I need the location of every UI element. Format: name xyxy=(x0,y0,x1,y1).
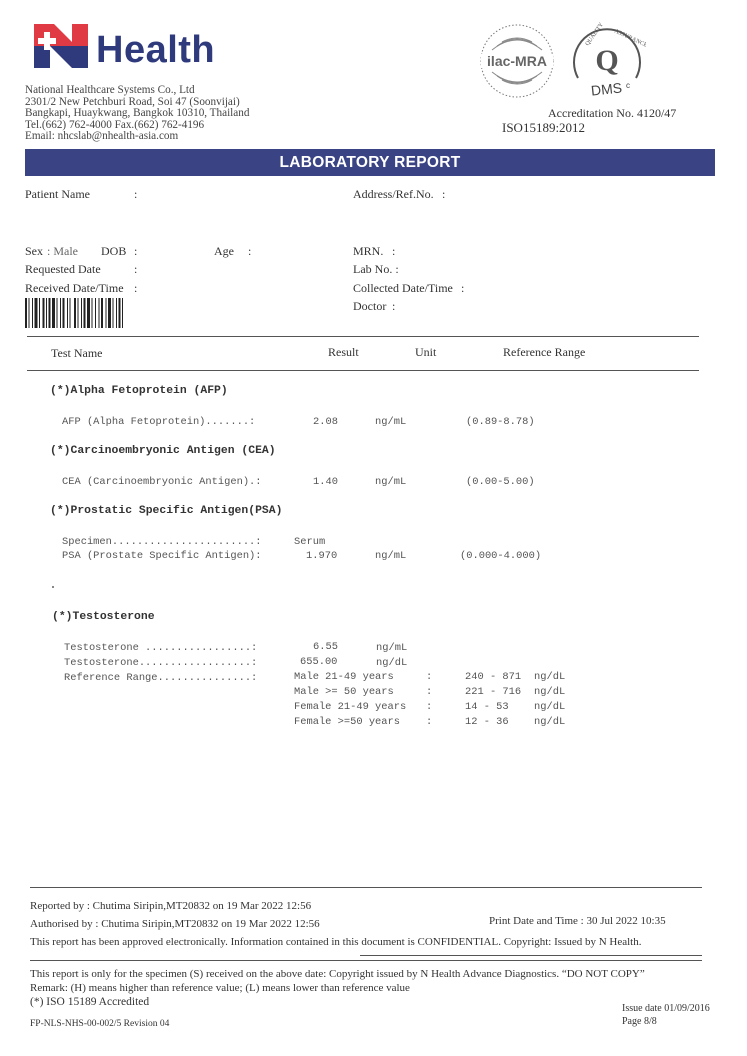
patient-name-label: Patient Name xyxy=(25,187,90,202)
reference-separator: : xyxy=(426,686,432,698)
dob-label: DOB xyxy=(101,244,126,259)
authorised-by: Authorised by : Chutima Siripin,MT20832 … xyxy=(30,918,320,930)
psa-range: (0.000-4.000) xyxy=(460,550,541,562)
dob-colon: : xyxy=(134,244,137,259)
iso-accredited-note: (*) ISO 15189 Accredited xyxy=(30,996,149,1008)
svg-text:ilac-MRA: ilac-MRA xyxy=(487,53,547,69)
reference-group: Male >= 50 years xyxy=(294,686,394,698)
reported-by: Reported by : Chutima Siripin,MT20832 on… xyxy=(30,900,311,912)
testosterone-ngdl-unit: ng/dL xyxy=(376,657,407,669)
requested-date-colon: : xyxy=(134,262,137,277)
cea-result: 1.40 xyxy=(313,476,338,488)
col-header-result: Result xyxy=(328,345,359,360)
mrn-colon: : xyxy=(392,244,395,259)
testosterone-ngml-unit: ng/mL xyxy=(376,642,407,654)
afp-range: (0.89-8.78) xyxy=(466,416,535,428)
sex-label: Sex xyxy=(25,244,43,259)
doctor-label: Doctor xyxy=(353,299,386,314)
section-title-psa: (*)Prostatic Specific Antigen(PSA) xyxy=(50,505,282,517)
specimen-note: This report is only for the specimen (S)… xyxy=(30,968,645,980)
reference-group: Male 21-49 years xyxy=(294,671,394,683)
reference-separator: : xyxy=(426,671,432,683)
patient-name-colon: : xyxy=(134,187,137,202)
afp-test-name: AFP (Alpha Fetoprotein).......: xyxy=(62,416,255,428)
age-colon: : xyxy=(248,244,251,259)
psa-specimen-label: Specimen.......................: xyxy=(62,536,262,548)
received-datetime-colon: : xyxy=(134,281,137,296)
company-address-line2: Bangkapi, Huaykwang, Bangkok 10310, Thai… xyxy=(25,108,249,120)
svg-text:DMS: DMS xyxy=(590,79,623,98)
table-header-divider xyxy=(27,370,699,371)
afp-unit: ng/mL xyxy=(375,416,406,428)
ilac-mra-seal-icon: ilac-MRA xyxy=(478,22,556,100)
brand-name: Health xyxy=(96,28,215,72)
testosterone-ngdl-result: 655.00 xyxy=(300,656,337,668)
col-header-reference-range: Reference Range xyxy=(503,345,585,360)
accreditation-number: Accreditation No. 4120/47 xyxy=(548,106,676,121)
cea-test-name: CEA (Carcinoembryonic Antigen).: xyxy=(62,476,262,488)
testosterone-ngdl-name: Testosterone..................: xyxy=(64,657,257,669)
svg-text:c: c xyxy=(626,81,630,90)
footer-bottom-divider xyxy=(30,960,702,961)
reference-unit: ng/dL xyxy=(534,701,565,713)
section-title-cea: (*)Carcinoembryonic Antigen (CEA) xyxy=(50,445,276,457)
lab-no-label: Lab No. : xyxy=(353,262,399,277)
col-header-unit: Unit xyxy=(415,345,436,360)
form-code: FP-NLS-NHS-00-002/5 Revision 04 xyxy=(30,1019,169,1029)
reference-group: Female >=50 years xyxy=(294,716,400,728)
print-date-time: Print Date and Time : 30 Jul 2022 10:35 xyxy=(489,915,666,927)
reference-separator: : xyxy=(426,716,432,728)
reference-range-value: 240 - 871 xyxy=(465,671,521,683)
company-info: National Healthcare Systems Co., Ltd 230… xyxy=(25,85,249,143)
afp-result: 2.08 xyxy=(313,416,338,428)
cea-range: (0.00-5.00) xyxy=(466,476,535,488)
reference-unit: ng/dL xyxy=(534,716,565,728)
psa-specimen-value: Serum xyxy=(294,536,325,548)
section-title-afp: (*)Alpha Fetoprotein (AFP) xyxy=(50,385,228,397)
psa-result: 1.970 xyxy=(306,550,337,562)
reference-group: Female 21-49 years xyxy=(294,701,406,713)
mrn-label: MRN. xyxy=(353,244,383,259)
address-label: Address/Ref.No. xyxy=(353,187,434,202)
sex-value: : Male xyxy=(47,244,78,259)
section-title-testosterone: (*)Testosterone xyxy=(52,611,155,623)
testosterone-ngml-result: 6.55 xyxy=(313,641,338,653)
reference-range-value: 12 - 36 xyxy=(465,716,509,728)
table-top-divider xyxy=(27,336,699,337)
testosterone-ngml-name: Testosterone .................: xyxy=(64,642,257,654)
report-title-band: LABORATORY REPORT xyxy=(25,149,715,176)
collected-datetime-label: Collected Date/Time xyxy=(353,281,453,296)
doctor-colon: : xyxy=(392,299,395,314)
approval-note: This report has been approved electronic… xyxy=(30,936,641,948)
reference-range-value: 14 - 53 xyxy=(465,701,509,713)
requested-date-label: Requested Date xyxy=(25,262,101,277)
company-name: National Healthcare Systems Co., Ltd xyxy=(25,85,249,97)
n-health-logo-icon xyxy=(34,24,88,68)
stray-dot xyxy=(52,586,54,588)
received-datetime-label: Received Date/Time xyxy=(25,281,124,296)
iso-standard: ISO15189:2012 xyxy=(502,120,585,136)
reference-unit: ng/dL xyxy=(534,671,565,683)
age-label: Age xyxy=(214,244,234,259)
report-title: LABORATORY REPORT xyxy=(279,154,460,172)
svg-text:Q: Q xyxy=(595,44,618,77)
page-number: Page 8/8 xyxy=(622,1016,657,1027)
footer-mid-divider xyxy=(360,955,702,956)
collected-datetime-colon: : xyxy=(461,281,464,296)
psa-test-name: PSA (Prostate Specific Antigen): xyxy=(62,550,262,562)
issue-date: Issue date 01/09/2016 xyxy=(622,1003,710,1014)
psa-unit: ng/mL xyxy=(375,550,406,562)
reference-range-value: 221 - 716 xyxy=(465,686,521,698)
reference-unit: ng/dL xyxy=(534,686,565,698)
cea-unit: ng/mL xyxy=(375,476,406,488)
company-email: Email: nhcslab@nhealth-asia.com xyxy=(25,131,249,143)
barcode-icon xyxy=(25,298,159,328)
footer-top-divider xyxy=(30,887,702,888)
address-colon: : xyxy=(442,187,445,202)
col-header-test-name: Test Name xyxy=(51,346,102,361)
reference-separator: : xyxy=(426,701,432,713)
testosterone-reference-label: Reference Range...............: xyxy=(64,672,257,684)
remark: Remark: (H) means higher than reference … xyxy=(30,982,410,994)
dmsc-quality-seal-icon: Q DMS c QUALITY ASSURANCE xyxy=(568,22,646,102)
